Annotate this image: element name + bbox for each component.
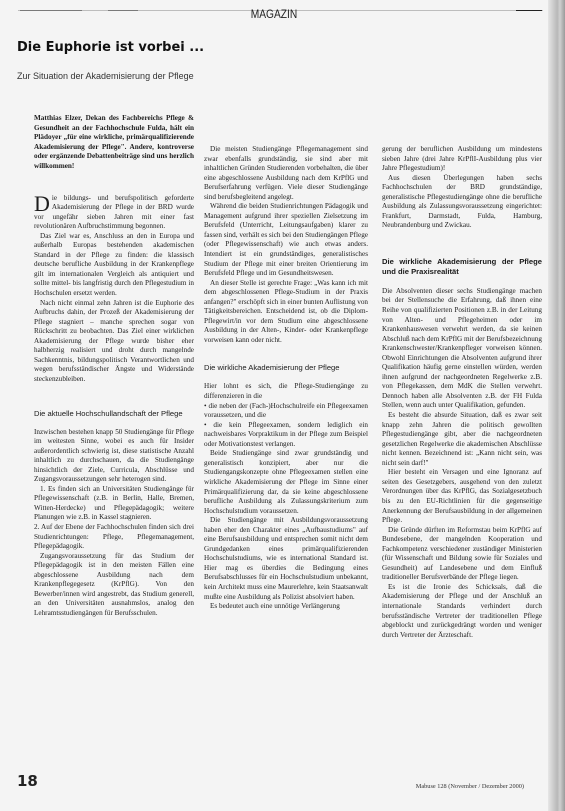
article-lead: Matthias Elzer, Dekan des Fachbereichs P…: [34, 114, 194, 172]
subheading: Die wirkliche Akademisierung der Pflege …: [382, 257, 542, 277]
paragraph: Hier lohnt es sich, die Pflege-Studiengä…: [204, 382, 368, 401]
paragraph: 2. Auf der Ebene der Fachhochschulen fin…: [34, 523, 194, 552]
column-right: gerung der beruflichen Ausbildung um min…: [382, 145, 542, 640]
paragraph: Inzwischen bestehen knapp 50 Studiengäng…: [34, 428, 194, 485]
paragraph: Während die beiden Studienrichtungen Päd…: [204, 202, 368, 278]
paragraph: Beide Studiengänge sind zwar grundständi…: [204, 449, 368, 516]
bullet-item: die kein Pflegeexamen, sondern lediglich…: [204, 421, 368, 450]
paragraph: Zugangsvoraussetzung für das Studium der…: [34, 552, 194, 619]
paragraph: Es besteht die absurde Situation, daß es…: [382, 411, 542, 468]
subheading: Die wirkliche Akademisierung der Pflege: [204, 363, 368, 373]
paragraph: Aus diesen Überlegungen haben sechs Fach…: [382, 174, 542, 231]
paragraph: Die Absolventen dieser sechs Studiengäng…: [382, 287, 542, 411]
page-number: 18: [17, 772, 38, 790]
book-spine-shadow: [548, 0, 565, 811]
magazine-page: MAGAZIN Die Euphorie ist vorbei ... Zur …: [0, 0, 548, 811]
article-subtitle: Zur Situation der Akademisierung der Pfl…: [17, 71, 194, 81]
paragraph: Die Studiengänge mit Ausbildungsvorausse…: [204, 516, 368, 602]
section-label: MAGAZIN: [41, 7, 507, 21]
paragraph: Nach nicht einmal zehn Jahren ist die Eu…: [34, 299, 194, 385]
paragraph: gerung der beruflichen Ausbildung um min…: [382, 145, 542, 174]
paragraph: Die meisten Studiengänge Pflegemanagemen…: [204, 145, 368, 202]
column-left: Matthias Elzer, Dekan des Fachbereichs P…: [34, 114, 194, 618]
paragraph: Hier besteht ein Versagen und eine Ignor…: [382, 468, 542, 525]
bullet-item: die neben der (Fach-)Hochschulreife ein …: [204, 402, 368, 421]
subheading: Die aktuelle Hochschullandschaft der Pfl…: [34, 409, 194, 419]
article-title: Die Euphorie ist vorbei ...: [17, 40, 204, 55]
paragraph: An dieser Stelle ist gerechte Frage: „Wa…: [204, 279, 368, 346]
paragraph: Die Gründe dürften im Reformstau beim Kr…: [382, 526, 542, 583]
paragraph: 1. Es finden sich an Universitäten Studi…: [34, 485, 194, 523]
drop-cap: D: [34, 195, 50, 213]
issue-footer: Mabuse 128 (November / Dezember 2000): [416, 783, 524, 790]
paragraph: Es ist die Ironie des Schicksals, daß di…: [382, 583, 542, 640]
column-middle: Die meisten Studiengänge Pflegemanagemen…: [204, 145, 368, 612]
paragraph: Es bedeutet auch eine unnötige Verlänger…: [204, 602, 368, 612]
paragraph: Das Ziel war es, Anschluss an den in Eur…: [34, 232, 194, 299]
paragraph: Die bildungs- und berufspolitisch geford…: [34, 194, 194, 232]
